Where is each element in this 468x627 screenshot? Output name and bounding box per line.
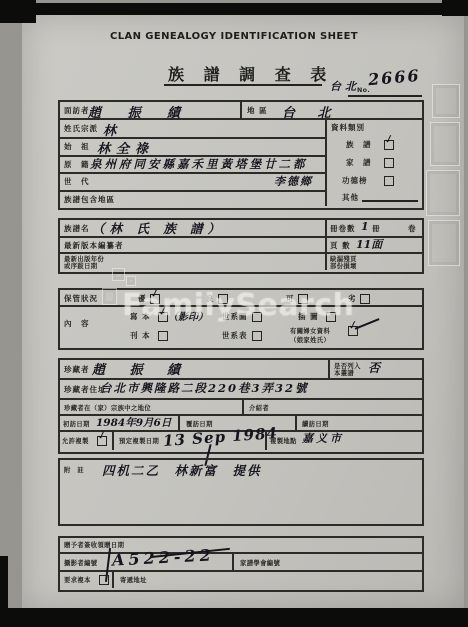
tf-divider bbox=[232, 552, 234, 570]
scan-corner-top-right bbox=[442, 0, 468, 16]
emboss-mark bbox=[126, 276, 136, 286]
generation-label: 世 代 bbox=[64, 176, 90, 187]
category-option-zupu: 族 譜 bbox=[346, 139, 372, 150]
scan-edge-top bbox=[16, 3, 468, 15]
content-pedigree-table-checkbox bbox=[252, 331, 262, 341]
condition-poor-checkbox bbox=[360, 294, 370, 304]
category-option-other: 其他 bbox=[342, 192, 359, 203]
copy-request-checkbox bbox=[99, 575, 109, 585]
copy-place-value: 嘉义市 bbox=[302, 430, 344, 446]
scan-edge-left bbox=[0, 556, 8, 627]
content-women-data: 有關婦女資料 bbox=[290, 326, 330, 335]
holder-position-label: 珍藏者在（家）宗族中之地位 bbox=[64, 403, 151, 412]
emboss-mark bbox=[112, 268, 125, 281]
content-label: 內 容 bbox=[64, 318, 90, 329]
holder-label: 珍藏者 bbox=[64, 364, 90, 375]
first-visit-label: 初訪日期 bbox=[63, 419, 90, 428]
familysearch-watermark: FamilySearch bbox=[122, 288, 355, 323]
emboss-mark bbox=[102, 288, 117, 305]
t4-line bbox=[58, 398, 422, 400]
english-header-title: CLAN GENEALOGY IDENTIFICATION SHEET bbox=[0, 31, 468, 42]
copy-permission-label: 允許複製 bbox=[62, 436, 89, 445]
region-label: 地 區 bbox=[247, 105, 268, 116]
scanned-genealogy-sheet: CLAN GENEALOGY IDENTIFICATION SHEET 族 譜 … bbox=[0, 0, 468, 627]
catalog-city-handwriting: 台北 bbox=[330, 78, 360, 94]
category-gongdebang-checkbox bbox=[384, 176, 394, 186]
t4-divider bbox=[295, 414, 297, 430]
t2-line bbox=[58, 252, 422, 254]
emboss-stamp bbox=[428, 220, 460, 266]
copy-request-label: 要求複本 bbox=[64, 575, 91, 584]
society-number-label: 家譜學會編號 bbox=[240, 558, 280, 567]
t4-divider bbox=[242, 398, 244, 414]
category-label: 資料類別 bbox=[331, 122, 365, 133]
copy-date-label: 預定複製日期 bbox=[119, 436, 159, 445]
content-pedigree-table: 世系表 bbox=[222, 330, 248, 341]
scan-corner-top-left bbox=[0, 0, 36, 23]
notes-value: 四机二乙 林新富 提供 bbox=[102, 461, 262, 479]
surname-clan-value: 林 bbox=[103, 120, 116, 139]
holder-value: 趙 振 績 bbox=[92, 359, 190, 378]
revisit-label: 覆訪日期 bbox=[186, 419, 213, 428]
genealogy-name-label: 族譜名 bbox=[64, 223, 90, 234]
t4-divider bbox=[112, 430, 114, 450]
condition-label: 保管狀況 bbox=[64, 293, 98, 304]
t2-divider bbox=[325, 218, 327, 270]
t1-divider bbox=[240, 100, 242, 118]
category-option-gongdebang: 功德榜 bbox=[342, 175, 368, 186]
volumes-label: 冊卷數 bbox=[330, 223, 356, 234]
genealogy-name-value: （林 氏 族 譜） bbox=[92, 219, 225, 237]
content-printed-checkbox bbox=[158, 331, 168, 341]
mailing-address-label: 寄遞地址 bbox=[120, 575, 147, 584]
catalog-underline bbox=[348, 95, 422, 97]
generation-value: 李德鄉 bbox=[274, 173, 313, 189]
introducer-label: 介紹者 bbox=[249, 403, 269, 412]
content-printed: 刊 本 bbox=[130, 330, 151, 341]
notes-label: 附 註 bbox=[64, 465, 84, 474]
surname-clan-label: 姓氏宗派 bbox=[64, 123, 98, 134]
scan-edge-bottom bbox=[0, 608, 468, 627]
interviewer-value: 趙 振 績 bbox=[88, 102, 191, 121]
t1-line bbox=[58, 190, 326, 192]
followup-visit-label: 續訪日期 bbox=[302, 419, 329, 428]
volumes-value: 1 bbox=[361, 220, 369, 233]
copy-place-label: 複製地點 bbox=[270, 436, 297, 445]
pages-label: 頁 數 bbox=[330, 240, 351, 251]
included-value: 否 bbox=[368, 359, 380, 376]
interviewer-label: 面訪者 bbox=[64, 105, 90, 116]
emboss-stamp bbox=[426, 170, 460, 216]
t1-divider bbox=[325, 118, 327, 206]
first-visit-value: 1984年9月6日 bbox=[96, 415, 171, 430]
origin-label: 原 籍 bbox=[64, 159, 90, 170]
origin-value: 泉州府同安縣嘉禾里黃塔堡廿二都 bbox=[90, 156, 308, 172]
donor-receipt-date-label: 贈予者簽收領贈日期 bbox=[64, 540, 124, 549]
category-jiapu-checkbox bbox=[384, 158, 394, 168]
emboss-stamp bbox=[432, 84, 460, 118]
tf-divider bbox=[112, 570, 114, 588]
volumes-unit2: 卷 bbox=[408, 223, 417, 234]
volumes-unit1: 冊 bbox=[372, 223, 381, 234]
included-label-line2: 本叢譜 bbox=[334, 368, 354, 377]
damage-label-line2: 部份損壞 bbox=[330, 261, 357, 270]
emboss-stamp bbox=[430, 122, 460, 166]
chinese-title: 族 譜 調 查 表 bbox=[168, 62, 333, 85]
holder-address-value: 台北市興隆路二段220巷3弄32號 bbox=[100, 380, 309, 396]
t4-divider bbox=[178, 414, 180, 430]
coverage-label: 族譜包含地區 bbox=[64, 194, 115, 205]
photographer-number-label: 攝影者編號 bbox=[64, 558, 97, 567]
pages-value: 11面 bbox=[356, 236, 382, 252]
t4-divider bbox=[328, 358, 330, 378]
category-other-underline bbox=[362, 200, 418, 202]
first-ancestor-label: 始 祖 bbox=[64, 141, 90, 152]
compiler-label: 最新版本編纂者 bbox=[64, 240, 124, 251]
content-women-data-note: （娘家姓氏） bbox=[290, 335, 330, 344]
pub-year-label-line2: 或序跋日期 bbox=[64, 261, 97, 270]
first-ancestor-value: 林全祿 bbox=[97, 138, 154, 157]
region-value: 台 北 bbox=[282, 102, 340, 121]
category-option-jiapu: 家 譜 bbox=[346, 157, 372, 168]
title-underline bbox=[164, 84, 322, 86]
